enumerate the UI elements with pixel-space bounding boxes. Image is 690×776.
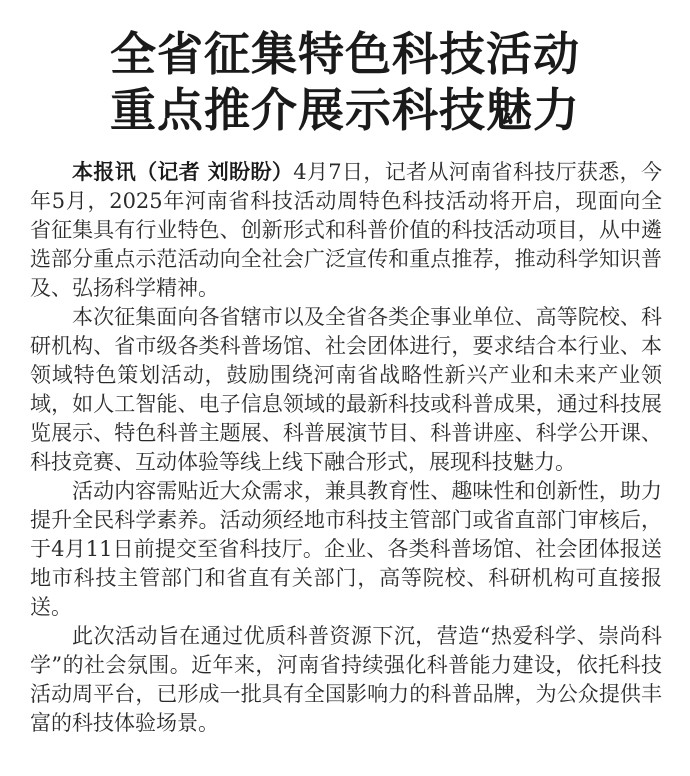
headline-line-2: 重点推介展示科技魅力 [0, 82, 690, 138]
paragraph-3: 活动内容需贴近大众需求，兼具教育性、趣味性和创新性，助力提升全民科学素养。活动须… [30, 477, 662, 622]
byline: 本报讯（记者 刘盼盼） [72, 160, 293, 184]
paragraph-2: 本次征集面向各省辖市以及全省各类企事业单位、高等院校、科研机构、省市级各类科普场… [30, 303, 662, 477]
paragraph-4: 此次活动旨在通过优质科普资源下沉，营造“热爱科学、崇尚科学”的社会氛围。近年来，… [30, 622, 662, 738]
headline-line-1: 全省征集特色科技活动 [0, 26, 690, 82]
headline: 全省征集特色科技活动 重点推介展示科技魅力 [0, 26, 690, 138]
paragraph-1: 本报讯（记者 刘盼盼）4月7日，记者从河南省科技厅获悉，今年5月，2025年河南… [30, 158, 662, 303]
article-body: 本报讯（记者 刘盼盼）4月7日，记者从河南省科技厅获悉，今年5月，2025年河南… [30, 158, 662, 738]
